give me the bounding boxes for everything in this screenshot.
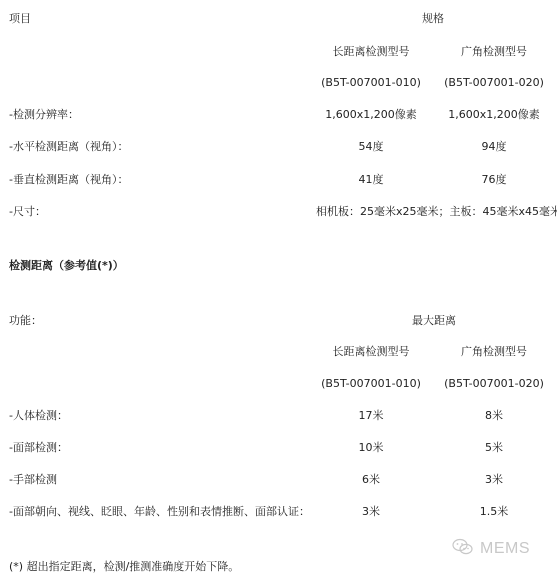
watermark-text: MEMS xyxy=(480,540,530,558)
resolution-wide-angle: 1,600x1,200像素 xyxy=(448,108,540,122)
face-attributes-long-range: 3米 xyxy=(362,505,380,519)
hand-detection-wide-angle: 3米 xyxy=(485,473,503,487)
row-label-vertical-angle: -垂直检测距离（视角）： xyxy=(9,173,128,187)
horizontal-angle-long-range: 54度 xyxy=(359,140,384,154)
footnote: (*) 超出指定距离，检测/推测准确度开始下降。 xyxy=(9,560,239,574)
item-header: 项目 xyxy=(9,12,31,26)
resolution-long-range: 1,600x1,200像素 xyxy=(325,108,417,122)
row-label-face-attributes: -面部朝向、视线、眨眼、年龄、性别和表情推断、面部认证： xyxy=(9,505,310,519)
row-label-human-detection: -人体检测： xyxy=(9,409,68,423)
row-label-resolution: -检测分辨率： xyxy=(9,108,79,122)
vertical-angle-wide-angle: 76度 xyxy=(482,173,507,187)
hand-detection-long-range: 6米 xyxy=(362,473,380,487)
row-label-hand-detection: -手部检测 xyxy=(9,473,57,487)
watermark: MEMS xyxy=(452,538,530,559)
size-value: 相机板：25毫米x25毫米；主板：45毫米x45毫米 xyxy=(316,205,557,219)
model-name-long-range: 长距离检测型号 xyxy=(333,45,410,59)
horizontal-angle-wide-angle: 94度 xyxy=(482,140,507,154)
face-detection-long-range: 10米 xyxy=(359,441,384,455)
face-detection-wide-angle: 5米 xyxy=(485,441,503,455)
wechat-icon xyxy=(452,538,474,559)
spec-header: 规格 xyxy=(422,12,444,26)
human-detection-long-range: 17米 xyxy=(359,409,384,423)
section-title-detection-distance: 检测距离（参考值(*)） xyxy=(9,259,124,273)
row-label-face-detection: -面部检测： xyxy=(9,441,68,455)
distance-model-name-long-range: 长距离检测型号 xyxy=(333,345,410,359)
vertical-angle-long-range: 41度 xyxy=(359,173,384,187)
model-name-wide-angle: 广角检测型号 xyxy=(461,45,527,59)
distance-model-code-wide-angle: (B5T-007001-020) xyxy=(444,377,544,391)
row-label-horizontal-angle: -水平检测距离（视角）： xyxy=(9,140,128,154)
distance-model-code-long-range: (B5T-007001-010) xyxy=(321,377,421,391)
face-attributes-wide-angle: 1.5米 xyxy=(480,505,509,519)
distance-model-name-wide-angle: 广角检测型号 xyxy=(461,345,527,359)
human-detection-wide-angle: 8米 xyxy=(485,409,503,423)
model-code-long-range: (B5T-007001-010) xyxy=(321,76,421,90)
model-code-wide-angle: (B5T-007001-020) xyxy=(444,76,544,90)
row-label-size: -尺寸： xyxy=(9,205,46,219)
max-distance-header: 最大距离 xyxy=(412,314,456,328)
function-header: 功能： xyxy=(9,314,42,328)
